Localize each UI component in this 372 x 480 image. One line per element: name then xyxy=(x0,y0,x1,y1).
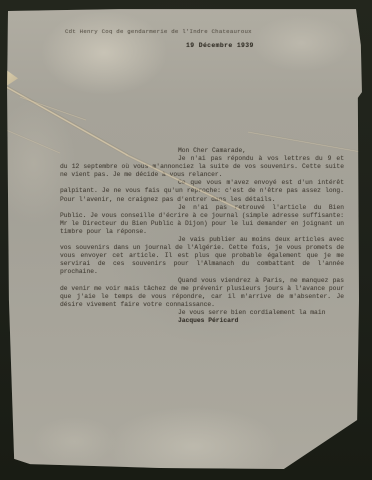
paper-crease xyxy=(20,96,87,121)
paragraph: Je vais publier au moins deux articles a… xyxy=(60,236,344,276)
closing-line: Je vous serre bien cordialement la main xyxy=(60,309,344,317)
scan-background: Cdt Henry Coq de gendarmerie de l'Indre … xyxy=(0,0,372,480)
salutation: Mon Cher Camarade, xyxy=(60,147,344,155)
paragraph: Je n'ai pas répondu à vos lettres du 9 e… xyxy=(60,155,344,179)
letter-page: Cdt Henry Coq de gendarmerie de l'Indre … xyxy=(0,0,372,480)
paper-crease xyxy=(3,84,128,156)
letter-header-line: Cdt Henry Coq de gendarmerie de l'Indre … xyxy=(65,28,252,35)
signature: Jacques Péricard xyxy=(60,317,344,325)
letter-body: Mon Cher Camarade, Je n'ai pas répondu à… xyxy=(60,147,344,325)
paragraph: Quand vous viendrez à Paris, ne manquez … xyxy=(60,277,344,309)
paper-crease xyxy=(4,128,61,154)
paragraph: Je n'ai pas retrouvé l'article du Bien P… xyxy=(60,204,344,236)
paper-fold-flap xyxy=(5,69,18,87)
letter-date: 19 Décembre 1939 xyxy=(186,42,254,49)
